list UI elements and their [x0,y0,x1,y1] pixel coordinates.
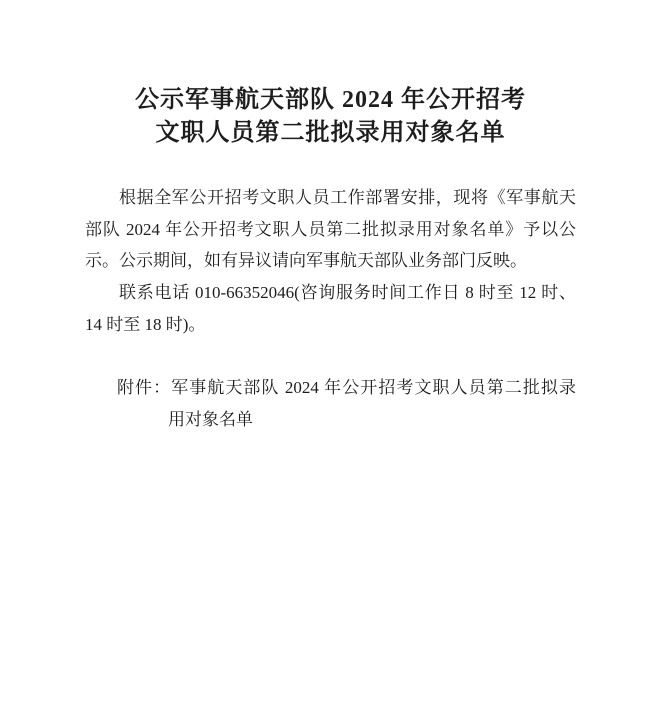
attachment-line-1: 附件：军事航天部队 2024 年公开招考文职人员第二批拟录 [117,372,576,404]
paragraph-line: 示。公示期间，如有异议请向军事航天部队业务部门反映。 [85,245,576,277]
paragraph-line: 部队 2024 年公开招考文职人员第二批拟录用对象名单》予以公 [85,214,576,246]
document-title: 公示军事航天部队 2024 年公开招考 文职人员第二批拟录用对象名单 [85,84,576,149]
attachment-line-2: 用对象名单 [168,404,576,436]
attachment-section: 附件：军事航天部队 2024 年公开招考文职人员第二批拟录 用对象名单 [117,372,576,435]
attachment-label: 附件： [117,378,171,397]
contact-phone-line: 联系电话 010-66352046(咨询服务时间工作日 8 时至 12 时、 [85,277,576,309]
attachment-title-text: 军事航天部队 2024 年公开招考文职人员第二批拟录 [171,378,576,397]
paragraph-line: 根据全军公开招考文职人员工作部署安排，现将《军事航天 [85,182,576,214]
title-line-1: 公示军事航天部队 2024 年公开招考 [85,84,576,117]
document-body: 根据全军公开招考文职人员工作部署安排，现将《军事航天 部队 2024 年公开招考… [85,182,576,436]
paragraph-announcement: 根据全军公开招考文职人员工作部署安排，现将《军事航天 部队 2024 年公开招考… [85,182,576,277]
title-line-2: 文职人员第二批拟录用对象名单 [85,117,576,150]
paragraph-contact: 联系电话 010-66352046(咨询服务时间工作日 8 时至 12 时、 1… [85,277,576,340]
contact-phone-line: 14 时至 18 时)。 [85,309,576,341]
notice-document-page: 公示军事航天部队 2024 年公开招考 文职人员第二批拟录用对象名单 根据全军公… [0,0,646,722]
